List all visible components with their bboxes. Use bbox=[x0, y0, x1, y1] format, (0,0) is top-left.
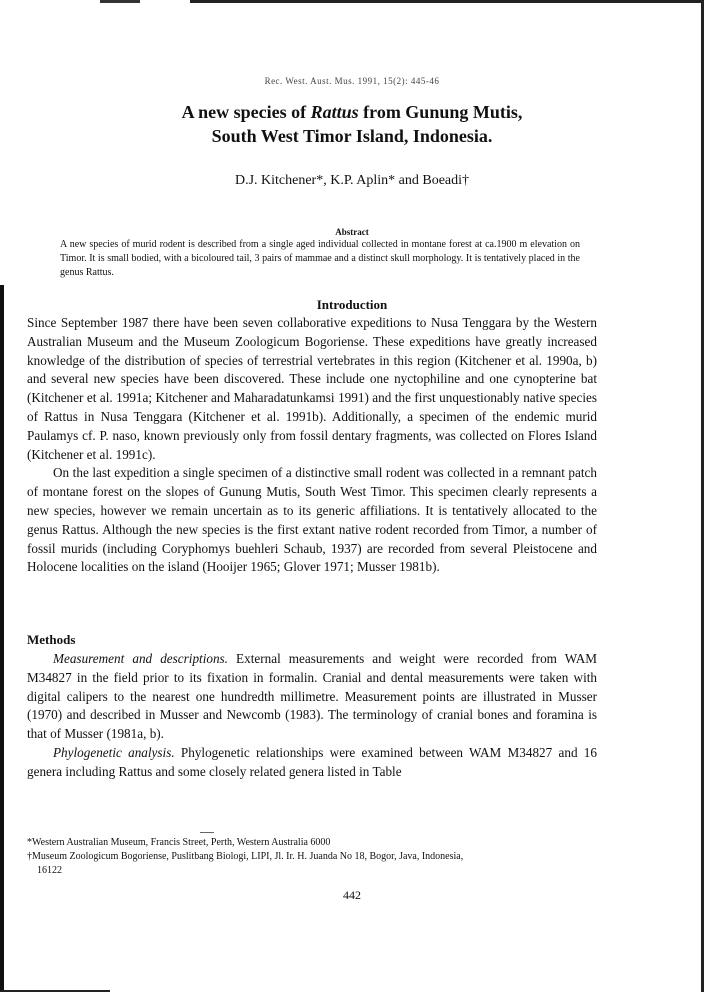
footnote-rule bbox=[200, 832, 214, 833]
introduction-paragraph: On the last expedition a single specimen… bbox=[27, 464, 597, 577]
footnotes: *Western Australian Museum, Francis Stre… bbox=[27, 836, 607, 878]
scan-border-top-left bbox=[100, 0, 140, 3]
introduction-paragraph: Since September 1987 there have been sev… bbox=[27, 314, 597, 464]
scan-border-left bbox=[0, 285, 4, 992]
running-head: Rec. West. Aust. Mus. 1991, 15(2): 445-4… bbox=[0, 76, 704, 86]
methods-body: Measurement and descriptions. External m… bbox=[27, 650, 597, 782]
footnote: 16122 bbox=[27, 864, 607, 878]
paper-title: A new species of Rattus from Gunung Muti… bbox=[0, 100, 704, 148]
methods-heading: Methods bbox=[27, 632, 75, 648]
title-line1-post: from Gunung Mutis, bbox=[359, 102, 523, 122]
methods-paragraph: Measurement and descriptions. External m… bbox=[27, 650, 597, 744]
page-number: 442 bbox=[0, 888, 704, 903]
title-genus: Rattus bbox=[311, 102, 359, 122]
methods-paragraph: Phylogenetic analysis. Phylogenetic rela… bbox=[27, 744, 597, 782]
abstract-heading: Abstract bbox=[0, 227, 704, 237]
introduction-heading: Introduction bbox=[0, 297, 704, 313]
methods-subheading: Measurement and descriptions. bbox=[53, 651, 228, 666]
footnote: †Museum Zoologicum Bogoriense, Puslitban… bbox=[27, 850, 607, 864]
footnote: *Western Australian Museum, Francis Stre… bbox=[27, 836, 607, 850]
methods-subheading: Phylogenetic analysis. bbox=[53, 745, 175, 760]
abstract-text: A new species of murid rodent is describ… bbox=[60, 238, 580, 280]
title-line1-pre: A new species of bbox=[182, 102, 311, 122]
title-line2: South West Timor Island, Indonesia. bbox=[212, 126, 493, 146]
introduction-body: Since September 1987 there have been sev… bbox=[27, 314, 597, 577]
author-list: D.J. Kitchener*, K.P. Aplin* and Boeadi† bbox=[0, 173, 704, 189]
scan-border-top bbox=[190, 0, 704, 3]
